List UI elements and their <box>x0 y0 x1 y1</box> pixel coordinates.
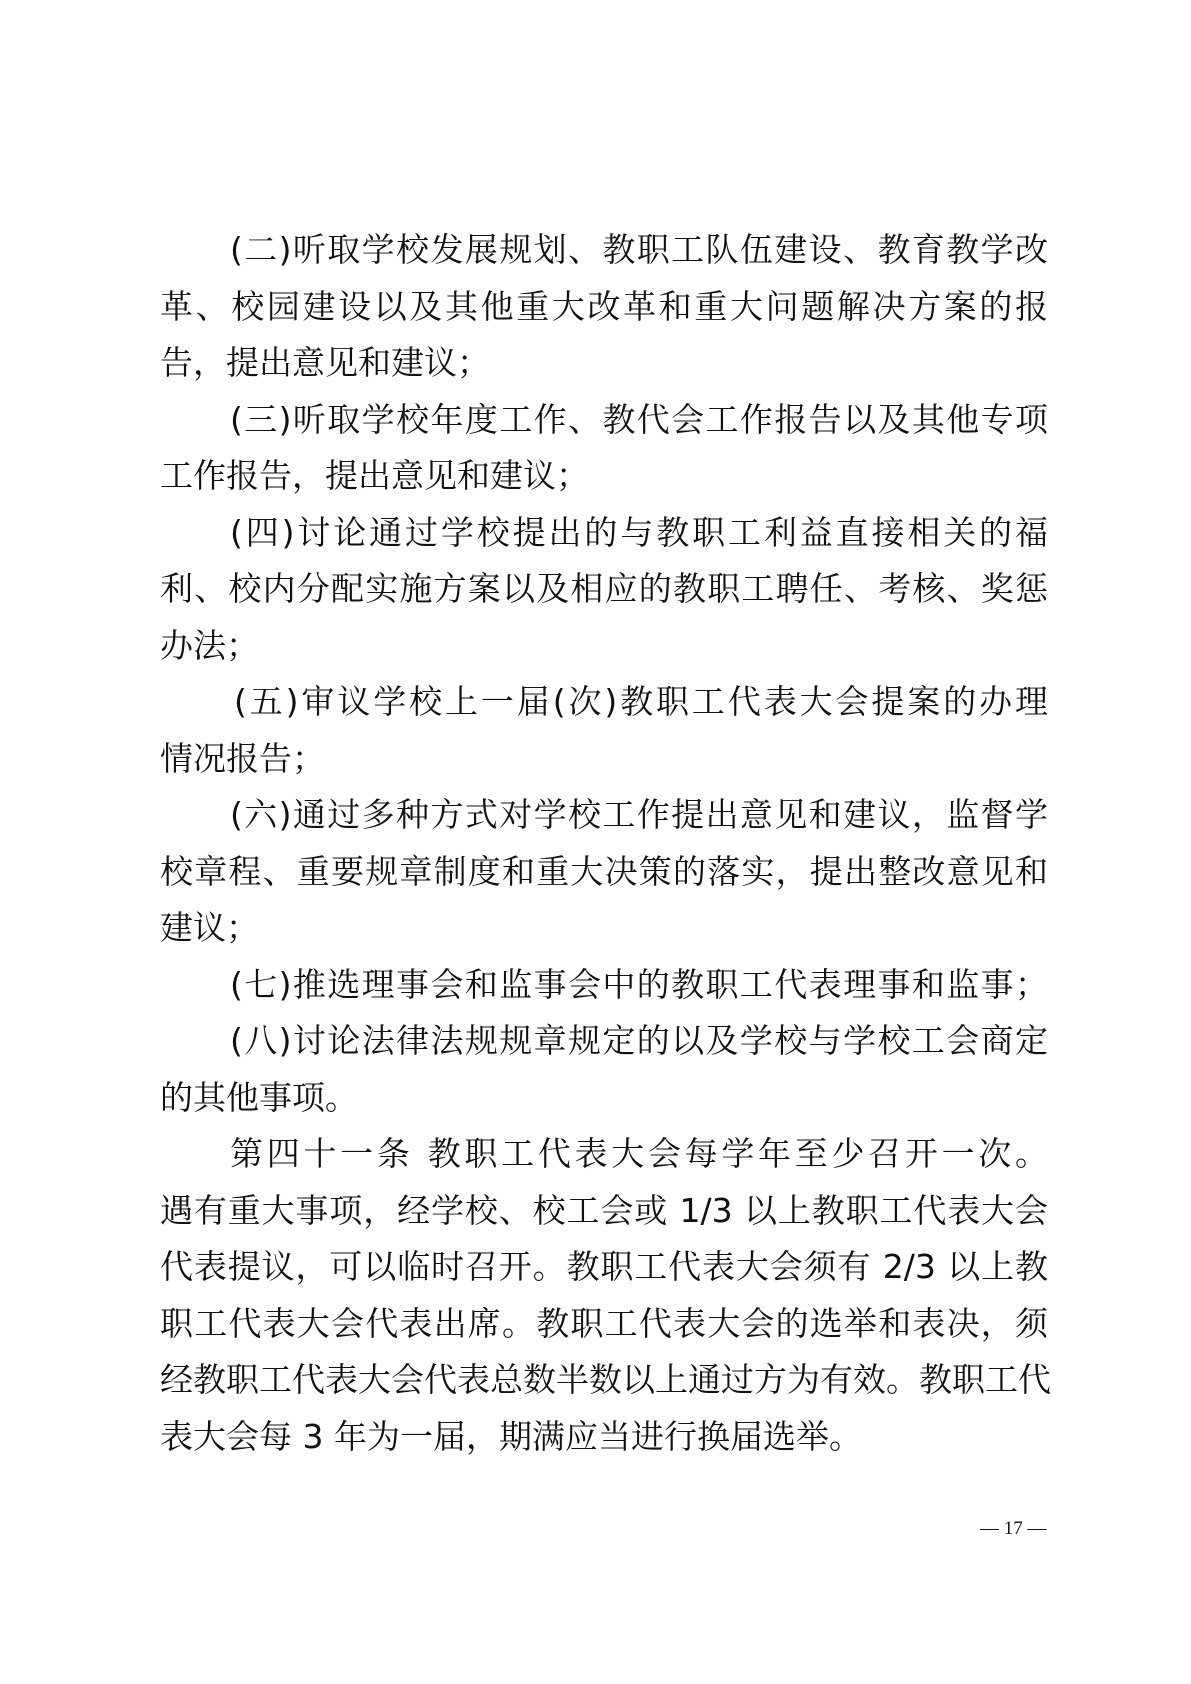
text-line: (三)听取学校年度工作、教代会工作报告以及其他专项 <box>160 392 1048 449</box>
paragraph-item-3: (三)听取学校年度工作、教代会工作报告以及其他专项 工作报告，提出意见和建议； <box>160 392 1048 505</box>
text-line: 表大会每 3 年为一届，期满应当进行换届选举。 <box>160 1409 1048 1466</box>
text-line: (二)听取学校发展规划、教职工队伍建设、教育教学改 <box>160 222 1048 279</box>
text-line: (五)审议学校上一届(次)教职工代表大会提案的办理 <box>160 674 1048 731</box>
text-line: 的其他事项。 <box>160 1070 1048 1127</box>
text-line: (八)讨论法律法规规章规定的以及学校与学校工会商定 <box>160 1013 1048 1070</box>
text-line: 办法； <box>160 618 1048 675</box>
text-line: 遇有重大事项，经学校、校工会或 1/3 以上教职工代表大会 <box>160 1183 1048 1240</box>
text-line: (七)推选理事会和监事会中的教职工代表理事和监事； <box>160 957 1048 1014</box>
text-line: 建议； <box>160 900 1048 957</box>
text-line: 工作报告，提出意见和建议； <box>160 448 1048 505</box>
paragraph-item-5: (五)审议学校上一届(次)教职工代表大会提案的办理 情况报告； <box>160 674 1048 787</box>
text-line: 利、校内分配实施方案以及相应的教职工聘任、考核、奖惩 <box>160 561 1048 618</box>
text-line: 校章程、重要规章制度和重大决策的落实，提出整改意见和 <box>160 844 1048 901</box>
text-line: (六)通过多种方式对学校工作提出意见和建议，监督学 <box>160 787 1048 844</box>
page-number: — 17 — <box>980 1518 1047 1540</box>
paragraph-item-6: (六)通过多种方式对学校工作提出意见和建议，监督学 校章程、重要规章制度和重大决… <box>160 787 1048 957</box>
paragraph-item-4: (四)讨论通过学校提出的与教职工利益直接相关的福 利、校内分配实施方案以及相应的… <box>160 505 1048 675</box>
paragraph-article-41: 第四十一条 教职工代表大会每学年至少召开一次。 遇有重大事项，经学校、校工会或 … <box>160 1126 1048 1465</box>
paragraph-item-7: (七)推选理事会和监事会中的教职工代表理事和监事； <box>160 957 1048 1014</box>
text-line: 经教职工代表大会代表总数半数以上通过方为有效。教职工代 <box>160 1352 1048 1409</box>
text-line: 革、校园建设以及其他重大改革和重大问题解决方案的报 <box>160 279 1048 336</box>
paragraph-item-8: (八)讨论法律法规规章规定的以及学校与学校工会商定 的其他事项。 <box>160 1013 1048 1126</box>
text-line: (四)讨论通过学校提出的与教职工利益直接相关的福 <box>160 505 1048 562</box>
paragraph-item-2: (二)听取学校发展规划、教职工队伍建设、教育教学改 革、校园建设以及其他重大改革… <box>160 222 1048 392</box>
text-line: 职工代表大会代表出席。教职工代表大会的选举和表决，须 <box>160 1296 1048 1353</box>
document-page: (二)听取学校发展规划、教职工队伍建设、教育教学改 革、校园建设以及其他重大改革… <box>160 222 1048 1465</box>
text-line: 告，提出意见和建议； <box>160 335 1048 392</box>
article-heading-line: 第四十一条 教职工代表大会每学年至少召开一次。 <box>160 1126 1048 1183</box>
text-line: 情况报告； <box>160 731 1048 788</box>
text-line: 代表提议，可以临时召开。教职工代表大会须有 2/3 以上教 <box>160 1239 1048 1296</box>
